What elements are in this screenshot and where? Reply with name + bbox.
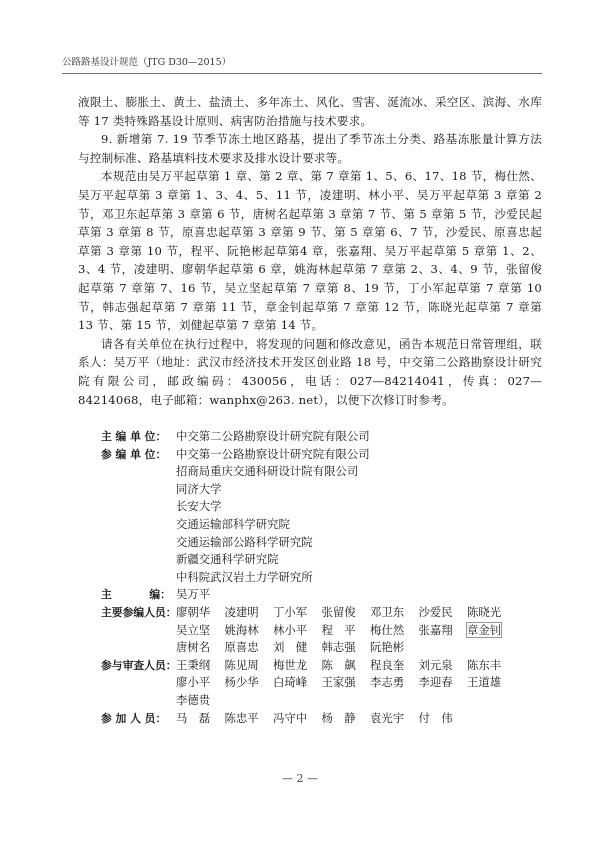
chief-editor-value: 吴万平 [176, 586, 561, 604]
person-name: 李德贵 [176, 692, 225, 710]
person-name: 程良奎 [370, 657, 419, 675]
unit-item: 招商局重庆交通科研设计院有限公司 [176, 463, 561, 481]
unit-item: 中科院武汉岩土力学研究所 [176, 569, 561, 587]
person-name: 袁光宇 [370, 710, 419, 728]
person-name: 原喜忠 [225, 639, 274, 657]
participants-label: 参 加 人 员： [101, 710, 176, 728]
body-text: 液限土、膨胀土、黄土、盐渍土、多年冻土、风化、雪害、涎流冰、采空区、滨海、水库等… [78, 93, 542, 409]
participating-units-list: 中交第一公路勘察设计研究院有限公司 招商局重庆交通科研设计院有限公司 同济大学 … [176, 446, 561, 587]
unit-item: 交通运输部公路科学研究院 [176, 534, 561, 552]
unit-item: 新疆交通科学研究院 [176, 551, 561, 569]
person-name: 唐树名 [176, 639, 225, 657]
unit-item: 中交第一公路勘察设计研究院有限公司 [176, 446, 561, 464]
chief-unit-label: 主 编 单 位： [101, 428, 176, 446]
person-name: 王道雄 [467, 674, 516, 692]
person-name: 杨 静 [322, 710, 371, 728]
person-name: 马 磊 [176, 710, 225, 728]
reviewers-label: 参与审查人员： [101, 657, 176, 710]
person-name: 凌建明 [225, 604, 274, 622]
person-name: 杨少华 [225, 674, 274, 692]
person-name: 张嘉翔 [419, 622, 468, 640]
participating-units-row: 参 编 单 位： 中交第一公路勘察设计研究院有限公司 招商局重庆交通科研设计院有… [101, 446, 561, 587]
person-name: 林小平 [273, 622, 322, 640]
person-name: 丁小军 [273, 604, 322, 622]
person-name: 陈 飙 [322, 657, 371, 675]
paragraph: 本规范由吴万平起草第 1 章、第 2 章、第 7 章第 1、5、6、17、18 … [78, 167, 542, 334]
person-name: 吴立坚 [176, 622, 225, 640]
person-name: 白琦峰 [273, 674, 322, 692]
person-name: 梅仕然 [370, 622, 419, 640]
person-name: 阮艳彬 [370, 639, 419, 657]
person-name: 韩志强 [322, 639, 371, 657]
chief-editor-row: 主 编： 吴万平 [101, 586, 561, 604]
person-name: 沙爱民 [419, 604, 468, 622]
chief-editor-label: 主 编： [101, 586, 176, 604]
person-name: 王家强 [322, 674, 371, 692]
person-name: 邓卫东 [370, 604, 419, 622]
person-name: 李迎春 [419, 674, 468, 692]
unit-item: 长安大学 [176, 498, 561, 516]
person-name: 冯守中 [273, 710, 322, 728]
boxed-name: 章金钊 [467, 623, 501, 637]
chief-unit-row: 主 编 单 位： 中交第二公路勘察设计研究院有限公司 [101, 428, 561, 446]
person-name: 张留俊 [322, 604, 371, 622]
person-name: 陈忠平 [225, 710, 274, 728]
unit-item: 交通运输部科学研究院 [176, 516, 561, 534]
person-name: 廖朝华 [176, 604, 225, 622]
main-participants-label: 主要参编人员： [101, 604, 176, 657]
person-name: 梅世龙 [273, 657, 322, 675]
person-name: 付 伟 [419, 710, 468, 728]
page-number: — 2 — [0, 772, 600, 785]
main-participants-row: 主要参编人员： 廖朝华 凌建明 丁小军 张留俊 邓卫东 沙爱民 陈晓光 吴立坚 … [101, 604, 561, 657]
header-divider [62, 73, 542, 74]
reviewers-row: 参与审查人员： 王秉纲 陈见周 梅世龙 陈 飙 程良奎 刘元泉 陈东丰 廖小平 … [101, 657, 561, 710]
credits-section: 主 编 单 位： 中交第二公路勘察设计研究院有限公司 参 编 单 位： 中交第一… [101, 428, 561, 727]
participants-row: 参 加 人 员： 马 磊 陈忠平 冯守中 杨 静 袁光宇 付 伟 [101, 710, 561, 728]
person-name: 章金钊 [467, 622, 516, 640]
unit-item: 同济大学 [176, 481, 561, 499]
person-name: 陈晓光 [467, 604, 516, 622]
participating-units-label: 参 编 单 位： [101, 446, 176, 587]
person-name: 陈东丰 [467, 657, 516, 675]
person-name: 姚海林 [225, 622, 274, 640]
person-name: 李志勇 [370, 674, 419, 692]
person-name: 廖小平 [176, 674, 225, 692]
person-name: 陈见周 [225, 657, 274, 675]
paragraph: 9. 新增第 7. 19 节季节冻土地区路基，提出了季节冻土分类、路基冻胀量计算… [78, 130, 542, 167]
paragraph: 请各有关单位在执行过程中，将发现的问题和修改意见，函告本规范日常管理组，联系人：… [78, 335, 542, 409]
main-participants-list: 廖朝华 凌建明 丁小军 张留俊 邓卫东 沙爱民 陈晓光 吴立坚 姚海林 林小平 … [176, 604, 561, 657]
person-name: 程 平 [322, 622, 371, 640]
participants-list: 马 磊 陈忠平 冯守中 杨 静 袁光宇 付 伟 [176, 710, 561, 728]
paragraph: 液限土、膨胀土、黄土、盐渍土、多年冻土、风化、雪害、涎流冰、采空区、滨海、水库等… [78, 93, 542, 130]
person-name: 王秉纲 [176, 657, 225, 675]
person-name: 刘元泉 [419, 657, 468, 675]
chief-unit-value: 中交第二公路勘察设计研究院有限公司 [176, 428, 561, 446]
reviewers-list: 王秉纲 陈见周 梅世龙 陈 飙 程良奎 刘元泉 陈东丰 廖小平 杨少华 白琦峰 … [176, 657, 561, 710]
person-name: 刘 健 [273, 639, 322, 657]
running-header: 公路路基设计规范（JTG D30—2015） [62, 54, 231, 68]
